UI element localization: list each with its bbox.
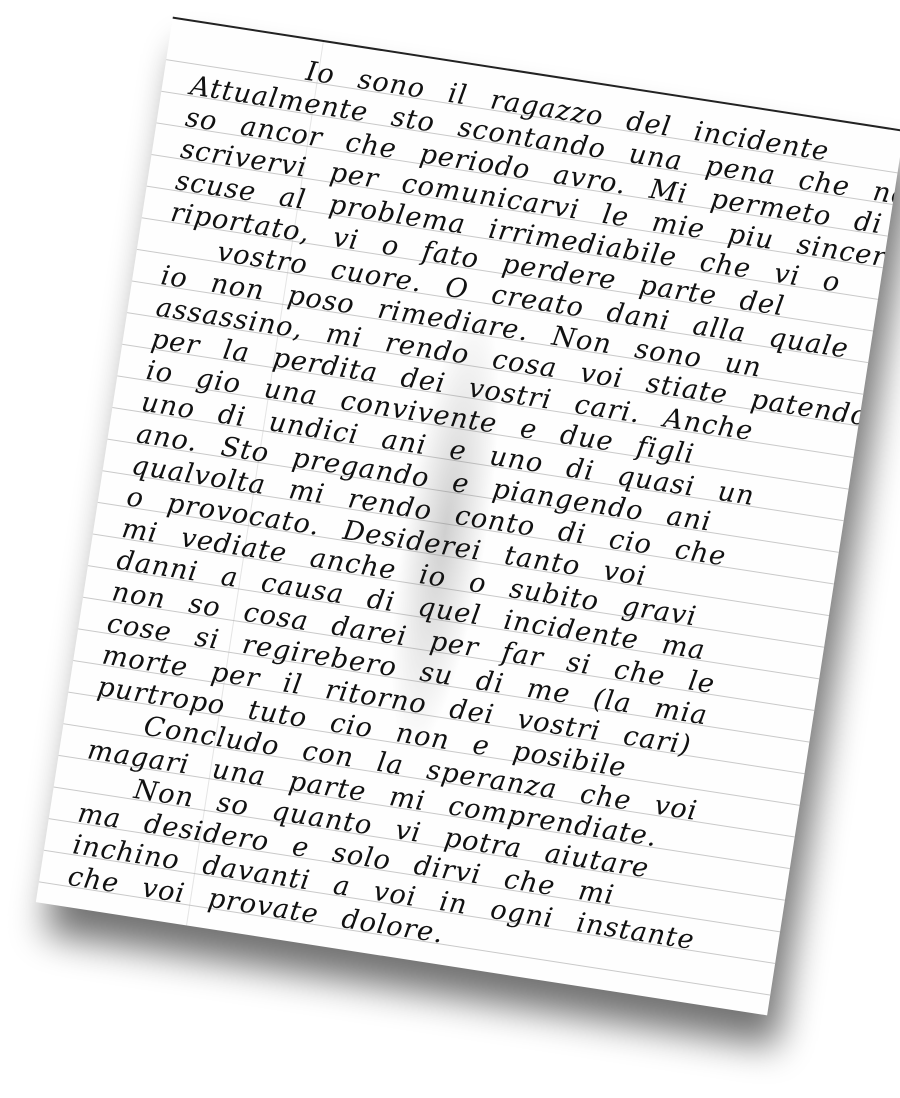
letter-page: Io sono il ragazzo del incidenteAttualme… [36,17,900,1016]
lined-paper: Io sono il ragazzo del incidenteAttualme… [36,17,900,1016]
handwritten-text: Io sono il ragazzo del incidenteAttualme… [38,34,900,1001]
